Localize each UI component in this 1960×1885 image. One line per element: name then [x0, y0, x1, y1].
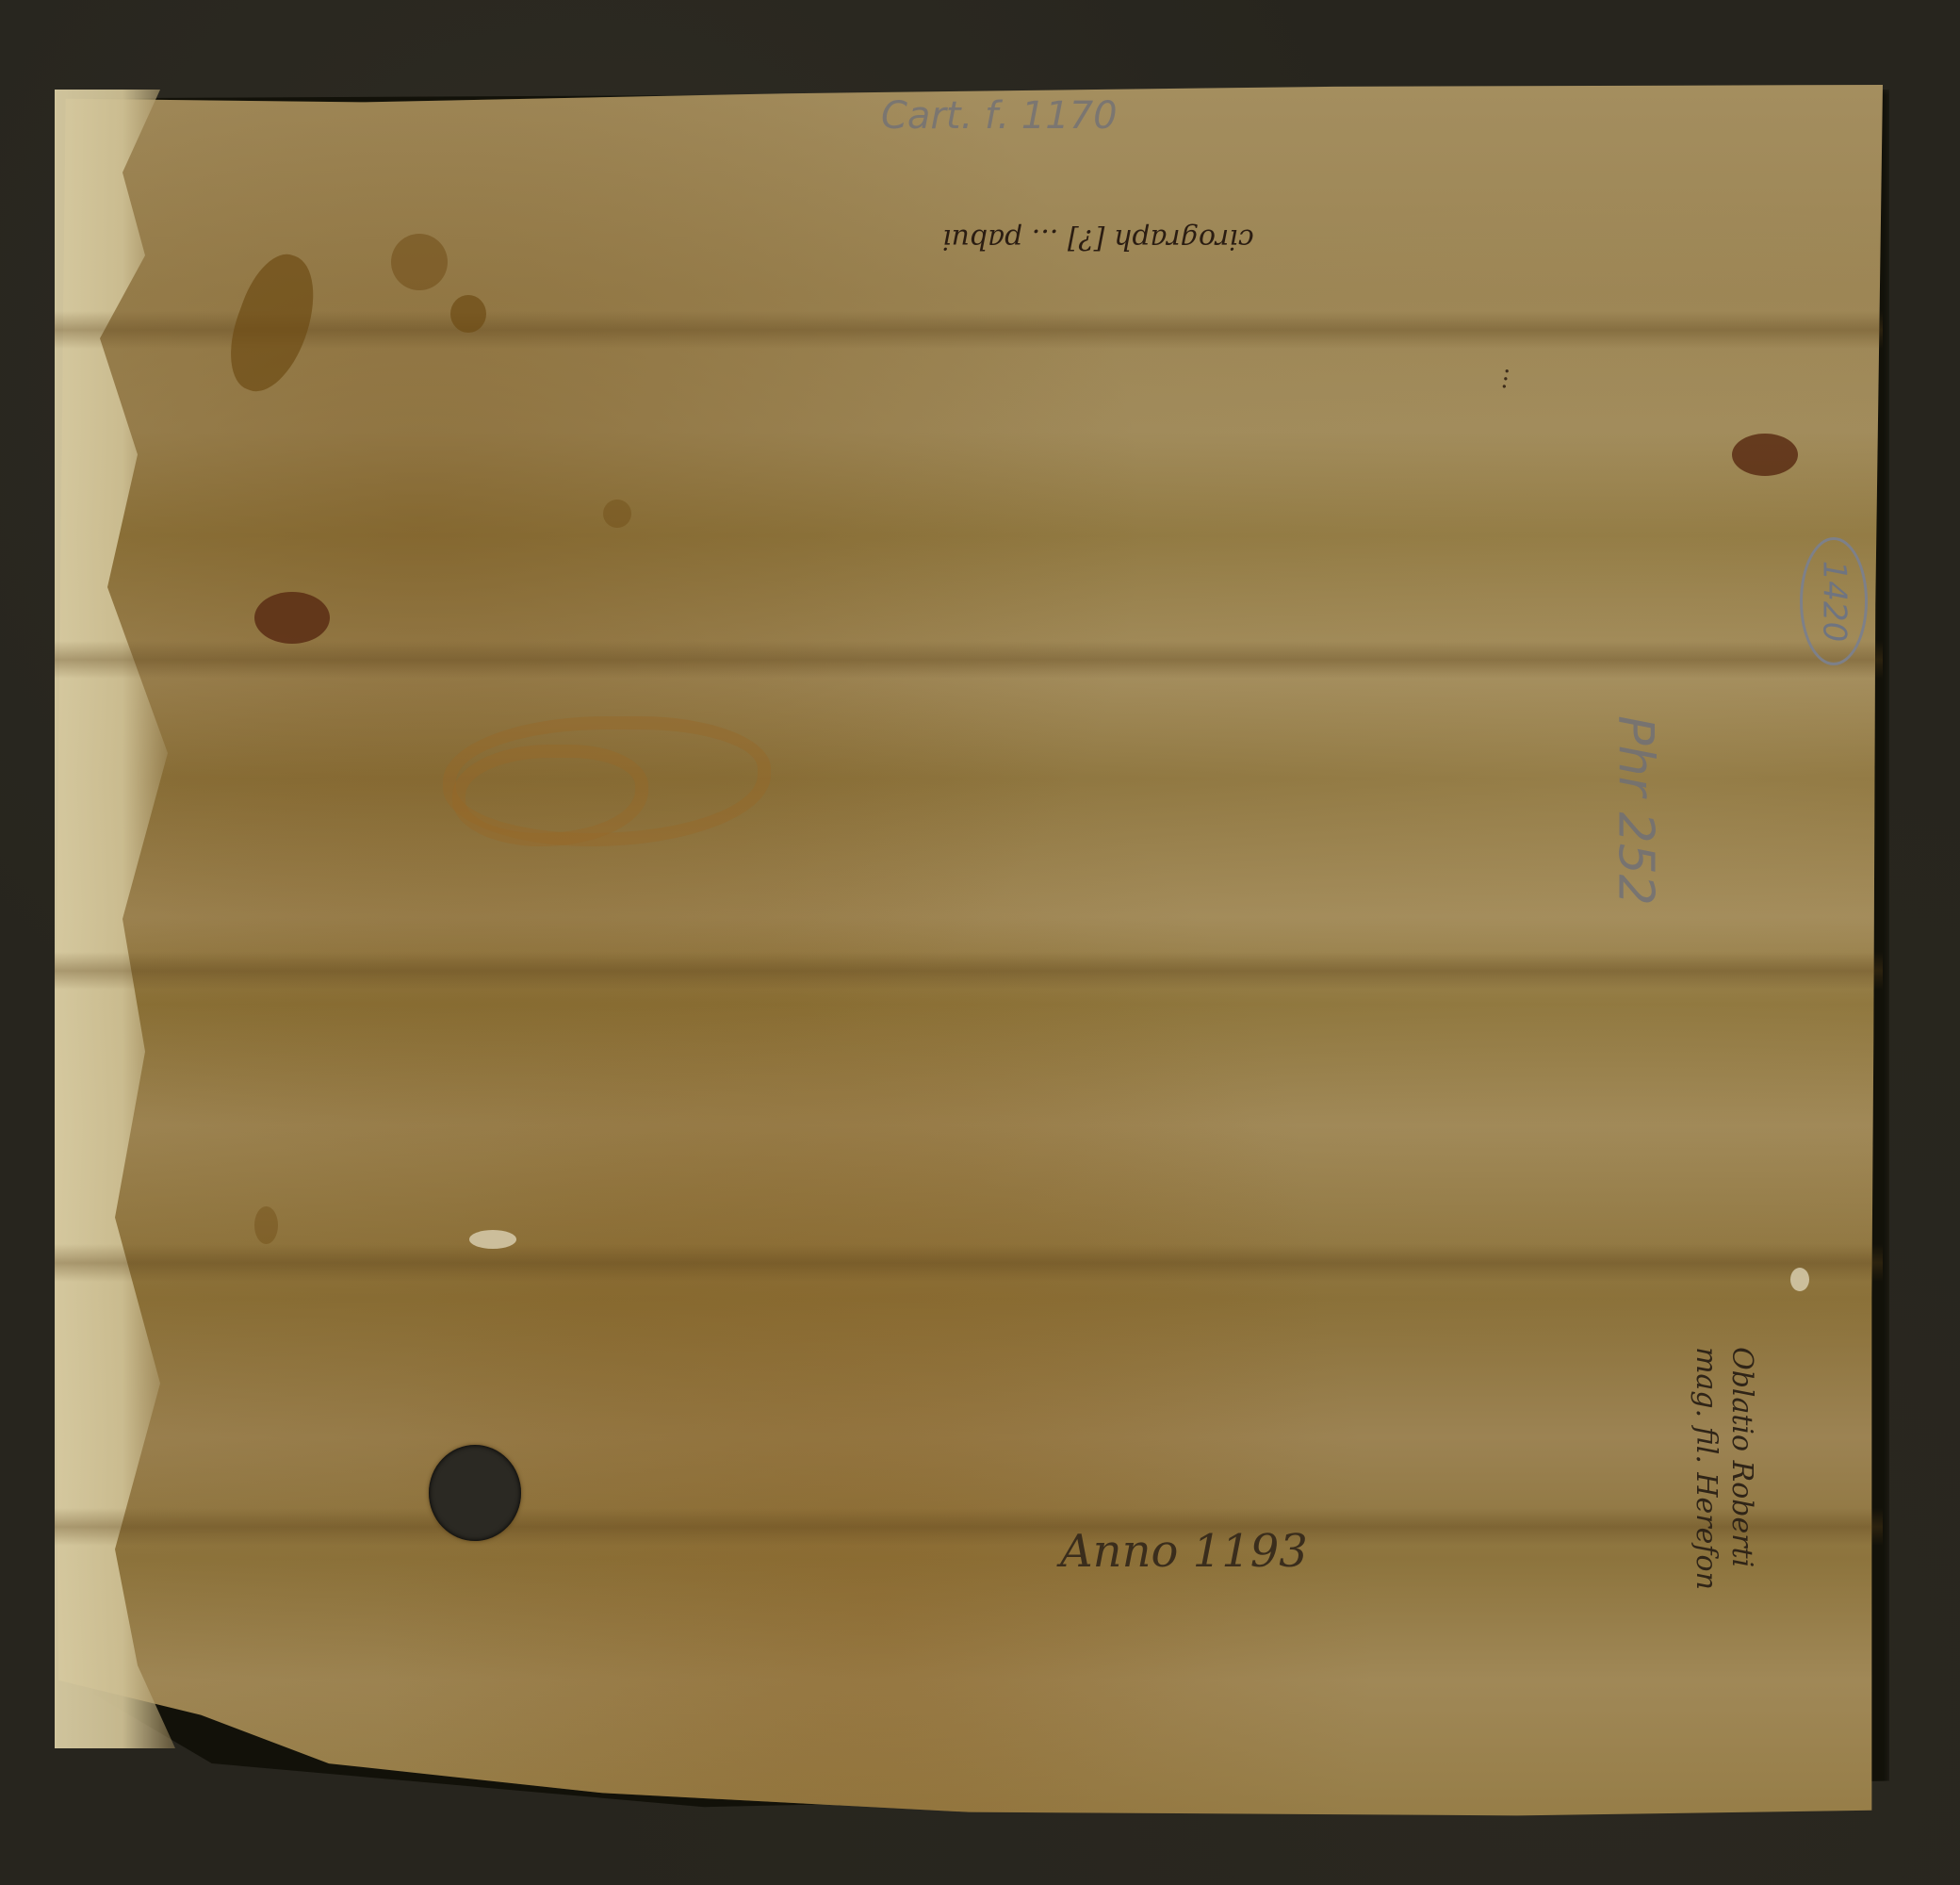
worn-spot [469, 1230, 516, 1249]
circled-number: 1420 [1800, 537, 1868, 665]
parchment-sheet [55, 85, 1883, 1819]
round-stain [391, 234, 448, 290]
date-note: Anno 1193 [1060, 1525, 1308, 1578]
worn-spot [1790, 1268, 1809, 1291]
side-note-line-1: Oblatio Roberti [1723, 1347, 1759, 1590]
dark-stain [254, 592, 330, 644]
pencil-side-note: Phr 252 [1608, 715, 1664, 905]
small-ink-mark: ... [1495, 366, 1527, 394]
medieval-endorsement: cirograph [?] ... pabui [942, 222, 1254, 255]
small-stain [450, 295, 486, 333]
side-ink-note: Oblatio Roberti mag. fil. Herefon [1688, 1347, 1759, 1590]
dark-stain [1732, 434, 1798, 476]
small-stain [603, 500, 631, 528]
punched-hole [429, 1445, 521, 1541]
circled-number-text: 1420 [1815, 561, 1853, 643]
pencil-shelfmark-top: Cart. f. 1170 [881, 94, 1118, 138]
small-stain [254, 1206, 278, 1244]
side-note-line-2: mag. fil. Herefon [1688, 1347, 1723, 1590]
